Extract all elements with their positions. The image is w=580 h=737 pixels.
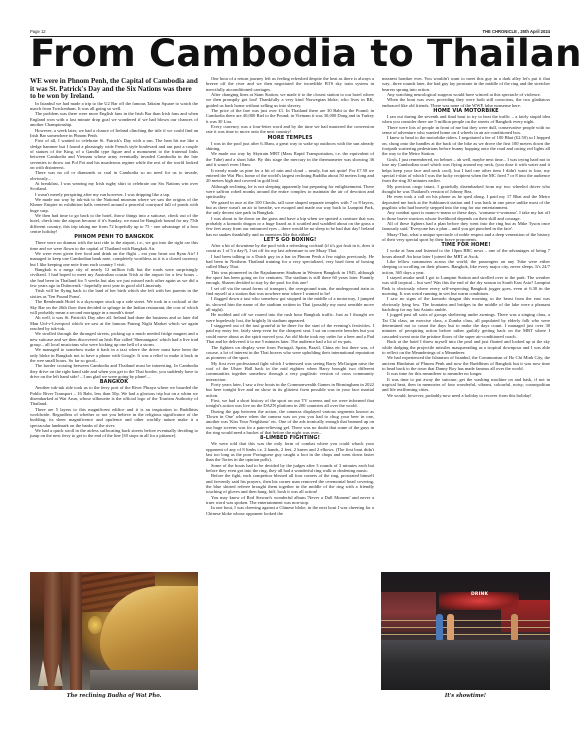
- paragraph: I knew to head to the motorbike riders. …: [382, 135, 550, 156]
- paragraph: I flagged down a taxi who somehow got st…: [206, 296, 374, 312]
- paragraph: We were even given free food and drink o…: [30, 251, 198, 267]
- paragraph: After a bit of downtime by the pool with…: [206, 243, 374, 254]
- arena-sign: DRINK: [471, 592, 488, 597]
- paragraph: First of all, I wanted to celebrate St. …: [30, 138, 198, 170]
- paragraph: The Rembrandt Hotel is a skyscraper stuc…: [30, 299, 198, 315]
- paragraph: We had a quick stroll in the airless suf…: [30, 428, 198, 439]
- paragraph: meanest hombre ever. You wouldn't want t…: [382, 76, 550, 92]
- article-column-1: WE were in Phnom Penh, the Capital of Ca…: [30, 78, 198, 439]
- paragraph: Every currency was a four-letter word an…: [206, 124, 374, 135]
- article-lede: WE were in Phnom Penh, the Capital of Ca…: [30, 78, 198, 101]
- paragraph: However, a week later, we had a chance o…: [30, 128, 198, 139]
- paragraph: Some of the bouts had to be decided by t…: [206, 463, 374, 474]
- paragraph: I jogged past all sorts of groups shelte…: [382, 312, 550, 339]
- paragraph: I was about to lie down on the grass and…: [206, 216, 374, 237]
- paragraph: Like fellow commuters across the world, …: [382, 259, 550, 275]
- paragraph: My first ever professional fight which I…: [206, 361, 374, 382]
- paragraph: We managed to somehow make it back in a …: [30, 347, 198, 363]
- paragraph: All of these fighters had a plan before …: [382, 221, 550, 232]
- paragraph: Back at the hotel I threw myself into th…: [382, 339, 550, 355]
- paragraph: In one bout, I was cheering against a Ch…: [206, 505, 374, 516]
- paragraph: There were lots of people in front of me…: [382, 125, 550, 136]
- paragraph: One hour of a return journey left us fee…: [206, 76, 374, 92]
- paragraph: Ah well, it was St. Patrick's Day after …: [30, 315, 198, 331]
- paragraph: I was in the pool just after 6.30am, a g…: [206, 141, 374, 152]
- reclining-buddha-photo: [30, 572, 198, 690]
- paragraph: There were no dramas with the taxi ride …: [30, 240, 198, 251]
- paragraph: It nearly made us pine for a bit of rain…: [206, 168, 374, 184]
- paragraph: We made our way by tuk-tuk to the Nation…: [30, 197, 198, 213]
- paragraph: During the gap between the action, the c…: [206, 409, 374, 436]
- crowd-stands: [381, 592, 436, 632]
- ring-apron: [381, 640, 550, 662]
- paragraph: You may know of Rod Stewart's wonderful …: [206, 495, 374, 506]
- buddha-photo-caption: The reclining Budha of Wat Pho.: [30, 693, 198, 700]
- boxing-photo-caption: It's showtime!: [381, 693, 550, 700]
- paragraph: Bangkok is a mega city of nearly 12 mill…: [30, 267, 198, 288]
- paragraph: We had experienced the Islamism of Istan…: [382, 355, 550, 371]
- paragraph: The price of the fare was just over £1. …: [206, 108, 374, 124]
- paragraph: It was time to put away the suitcase, ge…: [382, 377, 550, 393]
- paragraph: Muay-Thai, what a unique spectacle of no…: [382, 232, 550, 243]
- paragraph: We strolled through the thronged streets…: [30, 331, 198, 347]
- paragraph: Although reclining, he is not sleeping a…: [206, 184, 374, 200]
- paragraph: We were told that this was the only form…: [206, 441, 374, 462]
- paragraph: The problem was there were more English …: [30, 111, 198, 127]
- paragraph: Forty years later, I saw a few bouts in …: [206, 382, 374, 398]
- paragraph: At breakfast, I was wearing my Irish rug…: [30, 181, 198, 192]
- page-headline: From Cambodia to Thailand: [30, 34, 550, 74]
- paragraph: My precious cargo intact, I gratefully d…: [382, 184, 550, 195]
- paragraph: We would, however, probably now need a h…: [382, 393, 550, 398]
- golden-buddha-head: [88, 616, 102, 634]
- newspaper-page: Page 12 THE CHRONICLE , 25th April 2024 …: [30, 0, 550, 737]
- paragraph: I staggered out of the taxi grateful to …: [206, 323, 374, 344]
- paragraph: Trish will be flying back to the land of…: [30, 288, 198, 299]
- temple-pillar: [70, 572, 82, 690]
- ring-rope: [381, 627, 550, 628]
- paragraph: The border crossing between Cambodia and…: [30, 363, 198, 379]
- paragraph: He even took a call on his phone as he s…: [382, 194, 550, 210]
- paragraph: I stayed awake until I got to Lumpini St…: [382, 275, 550, 296]
- paragraph: I set off via the usual forms of transpo…: [206, 286, 374, 297]
- paragraph: I woke at 5am and listened to the 10pm B…: [382, 248, 550, 259]
- boxing-ring-photo: DRINK: [381, 572, 550, 690]
- paragraph: Gosh, I just remembered, no helmet – ah …: [382, 157, 550, 184]
- temple-floor: [90, 670, 198, 690]
- paragraph: Before the fight, each competitor blesse…: [206, 473, 374, 494]
- ring-rope: [381, 620, 550, 621]
- paragraph: We gazed in awe at the 100 Chedis, tall …: [206, 200, 374, 216]
- paragraph: We made our way by Skytrain MRT (Mass Ra…: [206, 151, 374, 167]
- paragraph: When the bout was over, providing they w…: [382, 97, 550, 108]
- article-column-3: meanest hombre ever. You wouldn't want t…: [382, 76, 550, 398]
- paragraph: We then had time to go back to the hotel…: [30, 213, 198, 234]
- paragraph: After changing lines at Siam Station, we…: [206, 92, 374, 108]
- ring-rope: [381, 634, 550, 635]
- paragraph: First, we had a short history of the spo…: [206, 398, 374, 409]
- paragraph: There was no oil or diamonds or coal in …: [30, 170, 198, 181]
- paragraph: In Istanbul we had made a trip to the U2…: [30, 101, 198, 112]
- fighter-figure: [447, 614, 454, 640]
- paragraph: Another tuk-tuk ride took us to the ferr…: [30, 385, 198, 406]
- paragraph: I ran out during the seventh and final b…: [382, 114, 550, 125]
- fighter-figure: [511, 614, 518, 640]
- referee-figure: [436, 614, 443, 640]
- paragraph: The fighters on display were from Portug…: [206, 345, 374, 361]
- paragraph: There are 5 layers to this magnificent e…: [30, 407, 198, 428]
- paragraph: This was pioneered in the Rajadamnern St…: [206, 270, 374, 286]
- paragraph: He nodded and off we roared into the rus…: [206, 312, 374, 323]
- paragraph: I saw no signs of the komodo dragon this…: [382, 296, 550, 312]
- paragraph: Any combat sport is mano-v-mano or these…: [382, 210, 550, 221]
- paragraph: I had been talking to a Dutch guy in a b…: [206, 254, 374, 270]
- article-column-2: One hour of a return journey left us fee…: [206, 76, 374, 516]
